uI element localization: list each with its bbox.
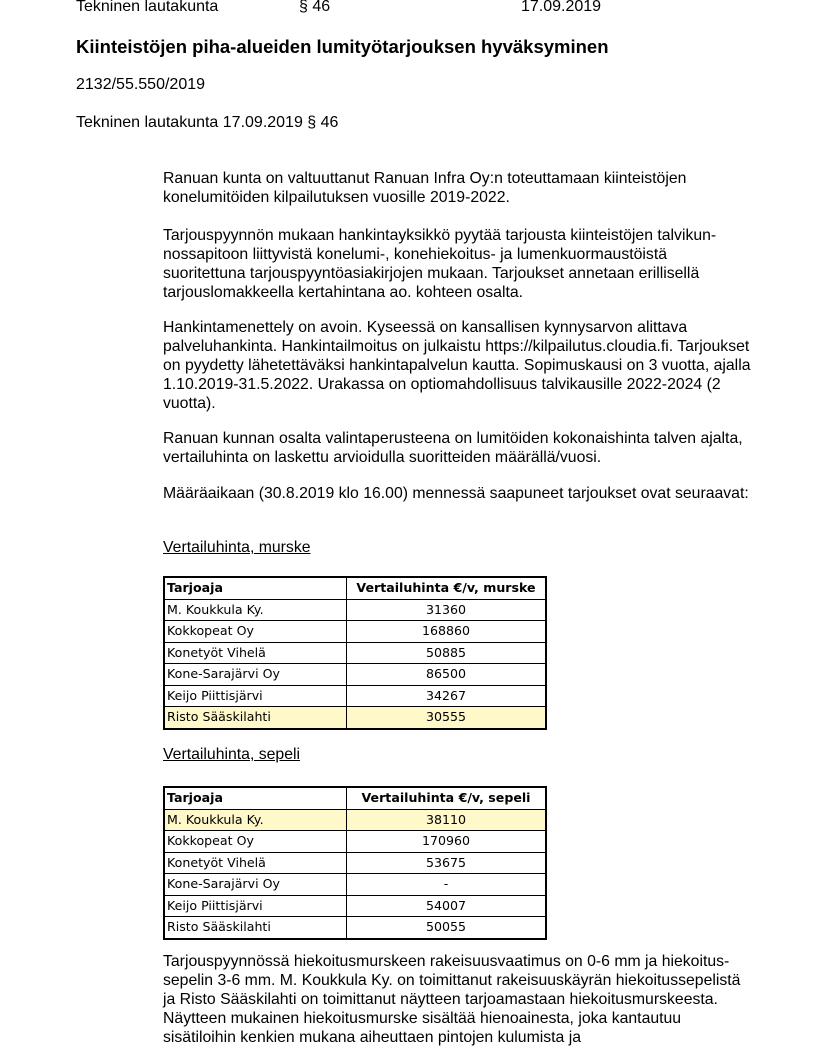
table-murske: Tarjoaja Vertailuhinta €/v, murske M. Ko… — [163, 576, 547, 730]
table-row: Kokkopeat Oy170960 — [164, 831, 546, 853]
paragraph: Ranuan kunnan osalta valintaperusteena o… — [163, 429, 753, 467]
cell-price: 50885 — [347, 642, 547, 664]
cell-bidder: M. Koukkula Ky. — [164, 809, 347, 831]
cell-price: 50055 — [347, 917, 547, 939]
cell-bidder: Kone-Sarajärvi Oy — [164, 874, 347, 896]
paragraph-intro: Ranuan kunta on valtuuttanut Ranuan Infr… — [163, 169, 753, 207]
paragraph: Hankintamenettely on avoin. Kyseessä on … — [163, 318, 753, 413]
table-row: Kokkopeat Oy168860 — [164, 621, 546, 643]
cell-price: 170960 — [347, 831, 547, 853]
paragraph-request: Tarjouspyynnön mukaan hankintayksikkö py… — [163, 226, 753, 302]
cell-bidder: Konetyöt Vihelä — [164, 642, 347, 664]
table-row: Keijo Piittisjärvi34267 — [164, 685, 546, 707]
cell-bidder: Kokkopeat Oy — [164, 831, 347, 853]
cell-price: 53675 — [347, 852, 547, 874]
table-row: M. Koukkula Ky.38110 — [164, 809, 546, 831]
cell-bidder: Risto Sääskilahti — [164, 707, 347, 729]
table-row: Risto Sääskilahti30555 — [164, 707, 546, 729]
table-header-row: Tarjoaja Vertailuhinta €/v, murske — [164, 577, 546, 599]
paragraph: Tarjouspyynnössä hiekoitusmurskeen rakei… — [163, 952, 753, 1047]
cell-price: 54007 — [347, 895, 547, 917]
paragraph: Määräaikaan (30.8.2019 klo 16.00) mennes… — [163, 484, 753, 503]
cell-bidder: Kone-Sarajärvi Oy — [164, 664, 347, 686]
header-date: 17.09.2019 — [521, 0, 601, 16]
paragraph-deadline: Määräaikaan (30.8.2019 klo 16.00) mennes… — [163, 484, 753, 503]
paragraph: Tarjouspyynnön mukaan hankintayksikkö py… — [163, 226, 753, 302]
paragraph-closing: Tarjouspyynnössä hiekoitusmurskeen rakei… — [163, 952, 753, 1047]
page-title: Kiinteistöjen piha-alueiden lumityötarjo… — [76, 36, 609, 58]
table-row: Keijo Piittisjärvi54007 — [164, 895, 546, 917]
column-header-bidder: Tarjoaja — [164, 577, 347, 599]
paragraph-criteria: Ranuan kunnan osalta valintaperusteena o… — [163, 429, 753, 467]
cell-bidder: M. Koukkula Ky. — [164, 599, 347, 621]
header-section: § 46 — [299, 0, 330, 16]
paragraph: Ranuan kunta on valtuuttanut Ranuan Infr… — [163, 169, 753, 207]
cell-bidder: Keijo Piittisjärvi — [164, 895, 347, 917]
table-row: Konetyöt Vihelä50885 — [164, 642, 546, 664]
table-row: Risto Sääskilahti50055 — [164, 917, 546, 939]
column-header-price: Vertailuhinta €/v, murske — [347, 577, 547, 599]
paragraph-procedure: Hankintamenettely on avoin. Kyseessä on … — [163, 318, 753, 413]
cell-bidder: Risto Sääskilahti — [164, 917, 347, 939]
table-murske-caption: Vertailuhinta, murske — [163, 539, 311, 557]
table-header-row: Tarjoaja Vertailuhinta €/v, sepeli — [164, 787, 546, 809]
cell-price: - — [347, 874, 547, 896]
cell-bidder: Konetyöt Vihelä — [164, 852, 347, 874]
cell-price: 38110 — [347, 809, 547, 831]
table-row: Kone-Sarajärvi Oy86500 — [164, 664, 546, 686]
cell-bidder: Kokkopeat Oy — [164, 621, 347, 643]
record-number: 2132/55.550/2019 — [76, 76, 205, 94]
table-row: Kone-Sarajärvi Oy- — [164, 874, 546, 896]
cell-price: 30555 — [347, 707, 547, 729]
column-header-price: Vertailuhinta €/v, sepeli — [347, 787, 547, 809]
cell-price: 168860 — [347, 621, 547, 643]
header-committee: Tekninen lautakunta — [76, 0, 218, 16]
cell-price: 31360 — [347, 599, 547, 621]
meeting-reference: Tekninen lautakunta 17.09.2019 § 46 — [76, 114, 338, 132]
table-row: Konetyöt Vihelä53675 — [164, 852, 546, 874]
column-header-bidder: Tarjoaja — [164, 787, 347, 809]
cell-price: 86500 — [347, 664, 547, 686]
table-sepeli: Tarjoaja Vertailuhinta €/v, sepeli M. Ko… — [163, 786, 547, 940]
table-sepeli-caption: Vertailuhinta, sepeli — [163, 746, 300, 764]
cell-price: 34267 — [347, 685, 547, 707]
cell-bidder: Keijo Piittisjärvi — [164, 685, 347, 707]
table-row: M. Koukkula Ky.31360 — [164, 599, 546, 621]
